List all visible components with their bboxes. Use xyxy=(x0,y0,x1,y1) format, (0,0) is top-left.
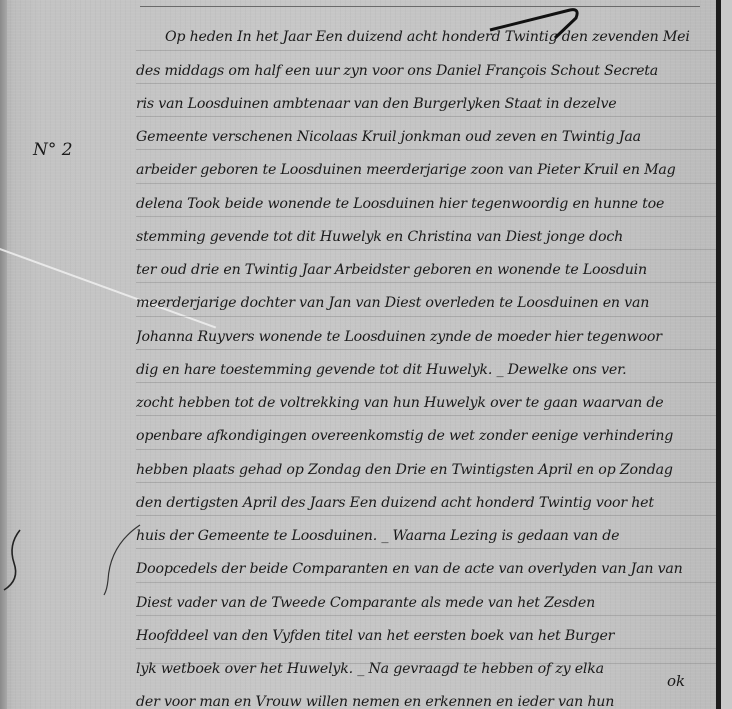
adjacent-page-strip xyxy=(721,0,732,709)
text-line-6: delena Took beide wonende te Loosduinen … xyxy=(136,189,714,219)
text-line-19: Hoofddeel van den Vyfden titel van het e… xyxy=(136,621,714,651)
text-line-8: ter oud drie en Twintig Jaar Arbeidster … xyxy=(136,255,714,285)
text-line-21: der voor man en Vrouw willen nemen en er… xyxy=(136,687,714,709)
text-line-3: ris van Loosduinen ambtenaar van den Bur… xyxy=(136,89,714,119)
text-line-7: stemming gevende tot dit Huwelyk en Chri… xyxy=(136,222,714,252)
top-rule-line xyxy=(140,6,700,7)
margin-flourish xyxy=(0,525,30,595)
text-line-5: arbeider geboren te Loosduinen meerderja… xyxy=(136,155,714,185)
act-number: N° 2 xyxy=(33,140,73,160)
correction-stroke xyxy=(480,0,600,40)
page-left-edge xyxy=(0,0,7,709)
text-line-11: dig en hare toestemming gevende tot dit … xyxy=(136,355,714,385)
text-line-9: meerderjarige dochter van Jan van Diest … xyxy=(136,288,714,318)
text-line-14: hebben plaats gehad op Zondag den Drie e… xyxy=(136,455,714,485)
scanned-document-page: N° 2 Op heden In het Jaar Een duizend ac… xyxy=(0,0,732,709)
text-line-13: openbare afkondigingen overeenkomstig de… xyxy=(136,421,714,451)
text-line-17: Doopcedels der beide Comparanten en van … xyxy=(136,554,714,584)
text-line-4: Gemeente verschenen Nicolaas Kruil jonkm… xyxy=(136,122,714,152)
text-line-2: des middags om half een uur zyn voor ons… xyxy=(136,56,714,86)
text-line-15: den dertigsten April des Jaars Een duize… xyxy=(136,488,714,518)
text-line-16: huis der Gemeente te Loosduinen. _ Waarn… xyxy=(136,521,714,551)
capital-flourish xyxy=(100,520,145,600)
text-line-20: lyk wetboek over het Huwelyk. _ Na gevra… xyxy=(136,654,714,684)
text-line-1: Op heden In het Jaar Een duizend acht ho… xyxy=(165,22,714,52)
clerk-initials: ok xyxy=(667,672,685,690)
text-line-10: Johanna Ruyvers wonende te Loosduinen zy… xyxy=(136,322,714,352)
text-line-12: zocht hebben tot de voltrekking van hun … xyxy=(136,388,714,418)
text-line-18: Diest vader van de Tweede Comparante als… xyxy=(136,588,714,618)
